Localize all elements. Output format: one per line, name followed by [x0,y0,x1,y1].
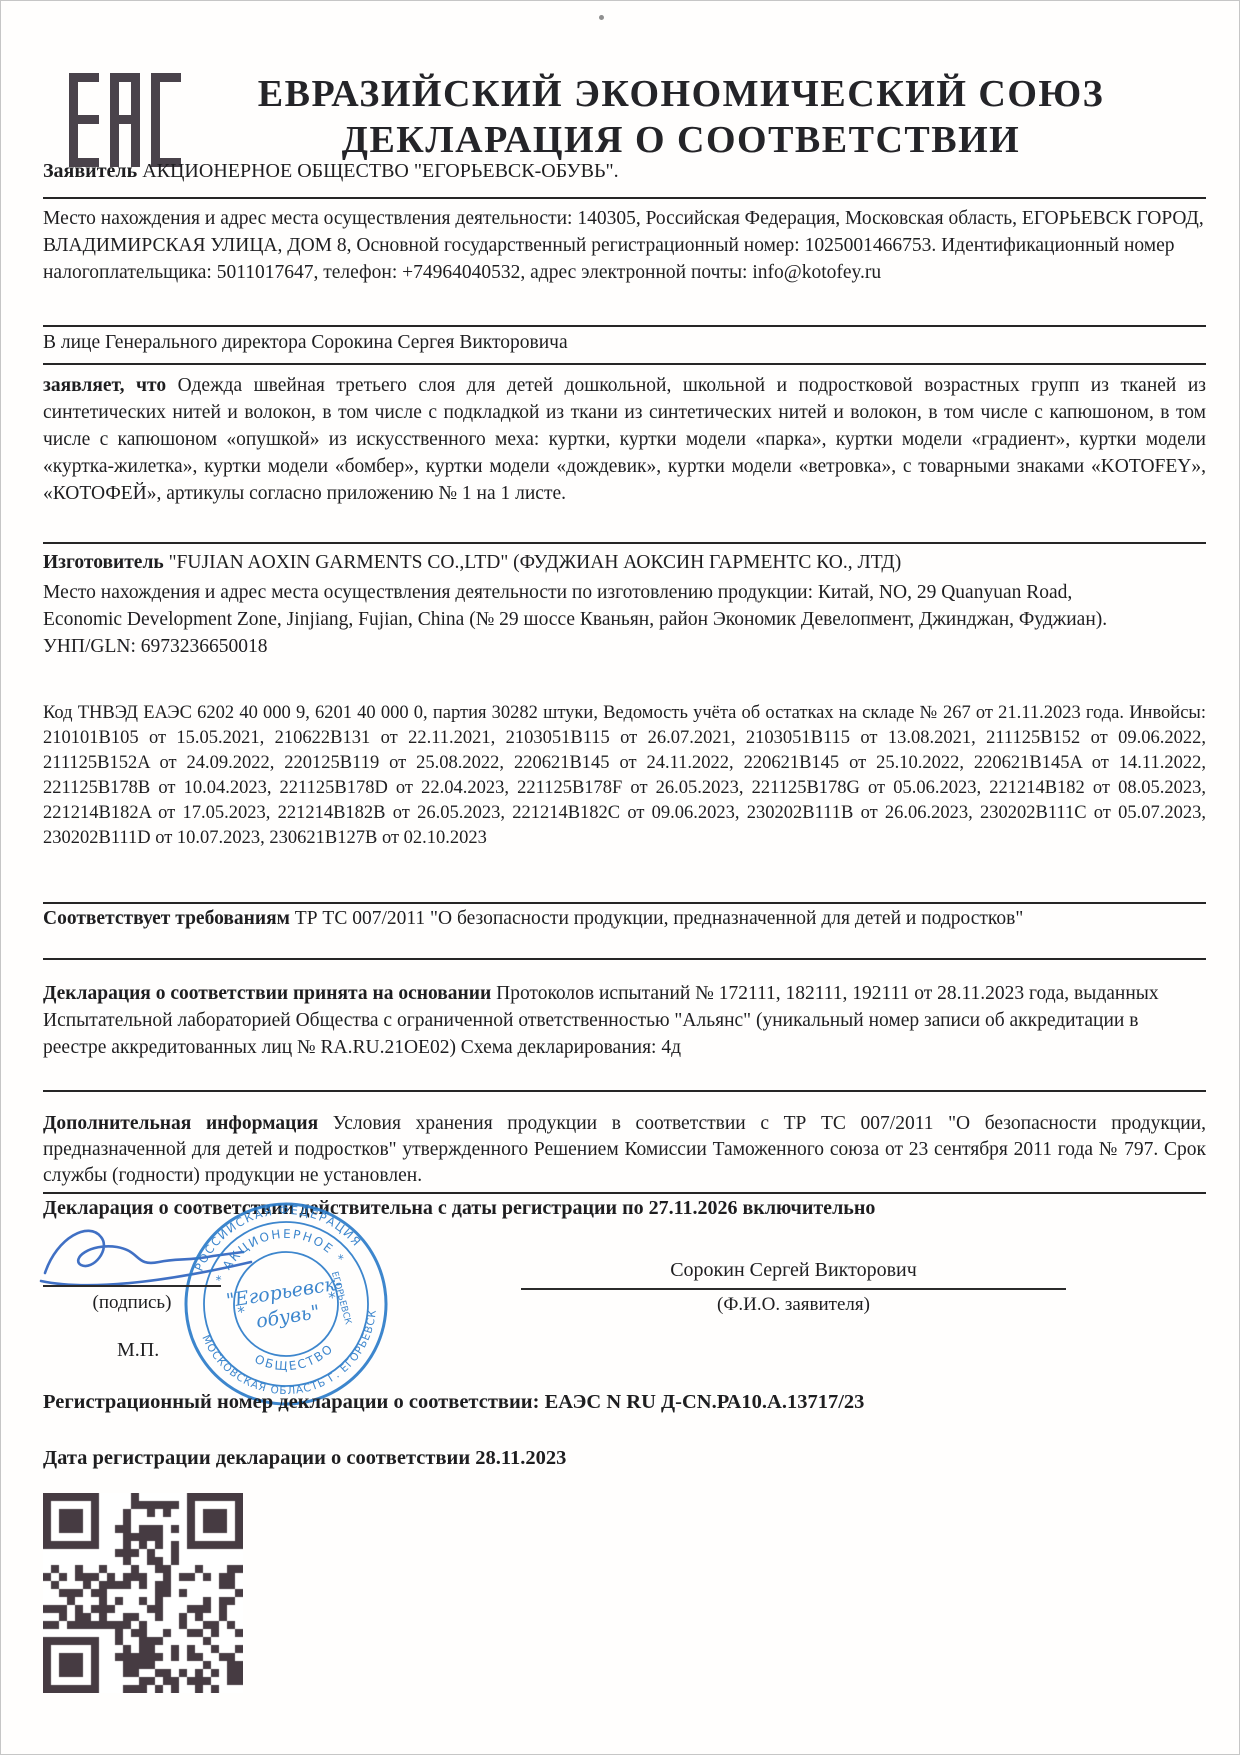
representative-line: В лице Генерального директора Сорокина С… [43,332,1206,354]
manufacturer-label: Изготовитель [43,552,164,573]
additional-label: Дополнительная информация [43,1113,318,1134]
divider [43,1090,1206,1092]
product-codes: Код ТНВЭД ЕАЭС 6202 40 000 9, 6201 40 00… [43,701,1206,851]
stamp-ring-bottom-text: ОБЩЕСТВО [251,1340,339,1379]
registration-number-line: Регистрационный номер декларации о соотв… [43,1391,1206,1414]
applicant-address: Место нахождения и адрес места осуществл… [43,205,1206,286]
divider [43,542,1206,544]
scan-artifact-dot [599,15,604,20]
registration-date-value: 28.11.2023 [475,1447,566,1469]
eac-letter-a [110,73,140,167]
manufacturer-address: Место нахождения и адрес места осуществл… [43,579,1153,660]
divider [43,325,1206,327]
union-title: ЕВРАЗИЙСКИЙ ЭКОНОМИЧЕСКИЙ СОЮЗ [201,71,1161,117]
compliance-line: Соответствует требованиям ТР ТС 007/2011… [43,906,1053,932]
declares-text: Одежда швейная третьего слоя для детей д… [43,375,1206,504]
eac-letter-c [151,73,181,167]
registration-number-value: ЕАЭС N RU Д-CN.РА10.А.13717/23 [545,1391,865,1413]
signature-line [43,1285,221,1287]
qr-code [43,1493,243,1693]
divider [43,363,1206,365]
stamp-place-label: М.П. [117,1339,159,1362]
declaration-page: ЕВРАЗИЙСКИЙ ЭКОНОМИЧЕСКИЙ СОЮЗ ДЕКЛАРАЦИ… [0,0,1240,1755]
document-header: ЕВРАЗИЙСКИЙ ЭКОНОМИЧЕСКИЙ СОЮЗ ДЕКЛАРАЦИ… [201,71,1161,163]
doc-type-title: ДЕКЛАРАЦИЯ О СООТВЕТСТВИИ [201,117,1161,163]
manufacturer-line: Изготовитель "FUJIAN AOXIN GARMENTS CO.,… [43,552,1206,574]
additional-info: Дополнительная информация Условия хранен… [43,1111,1206,1189]
manufacturer-name: "FUJIAN AOXIN GARMENTS CO.,LTD" (ФУДЖИАН… [169,552,902,573]
applicant-line: Заявитель АКЦИОНЕРНОЕ ОБЩЕСТВО "ЕГОРЬЕВС… [43,160,1206,183]
divider [43,902,1206,904]
signer-name-line [521,1288,1066,1290]
compliance-label: Соответствует требованиям [43,908,290,929]
divider [43,958,1206,960]
divider [43,197,1206,199]
registration-date-label: Дата регистрации декларации о соответств… [43,1447,470,1469]
registration-date-line: Дата регистрации декларации о соответств… [43,1447,1206,1470]
basis-line: Декларация о соответствии принята на осн… [43,980,1168,1061]
applicant-value: АКЦИОНЕРНОЕ ОБЩЕСТВО "ЕГОРЬЕВСК-ОБУВЬ". [142,160,618,182]
eac-logo [69,73,181,167]
compliance-text: ТР ТС 007/2011 "О безопасности продукции… [295,908,1024,929]
signature-caption: (подпись) [43,1292,221,1314]
divider [43,1192,1206,1194]
eac-letter-e [69,73,99,167]
basis-label: Декларация о соответствии принята на осн… [43,983,491,1004]
signer-name: Сорокин Сергей Викторович [521,1259,1066,1282]
applicant-label: Заявитель [43,160,137,182]
signer-caption: (Ф.И.О. заявителя) [521,1294,1066,1316]
declaration-subject: заявляет, что Одежда швейная третьего сл… [43,372,1206,507]
registration-number-label: Регистрационный номер декларации о соотв… [43,1391,539,1413]
declares-label: заявляет, что [43,375,166,396]
